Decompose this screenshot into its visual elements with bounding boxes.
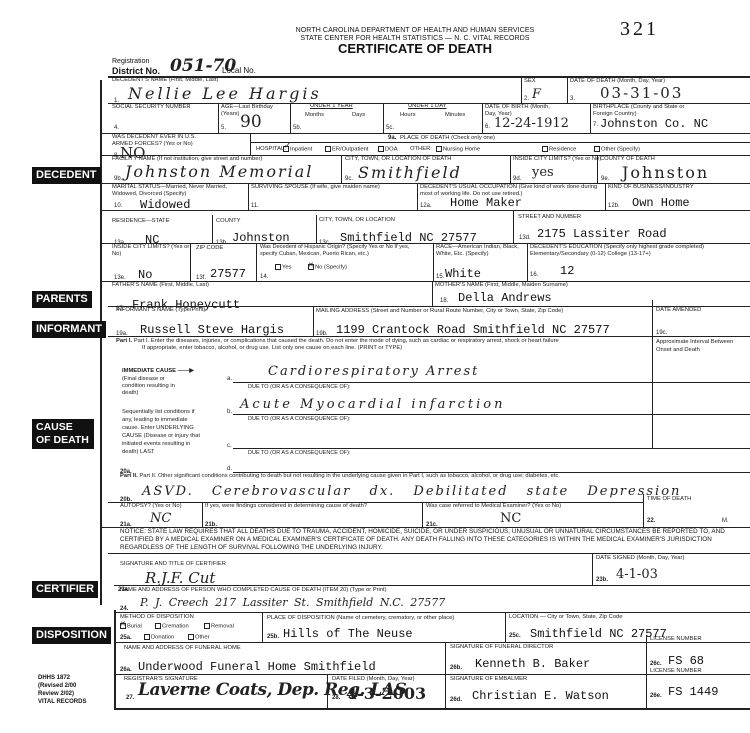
section-disposition: DISPOSITION [32,627,111,644]
completer-label: NAME AND ADDRESS OF PERSON WHO COMPLETED… [120,587,387,594]
father-name-label: FATHER'S NAME (First, Middle, Last) [112,282,209,289]
due-to-b: DUE TO (OR AS A CONSEQUENCE OF): [248,416,350,423]
birthplace-label: BIRTHPLACE (County and State or Foreign … [593,104,693,118]
registration-label: Registration [112,58,149,65]
funeral-home-label: NAME AND ADDRESS OF FUNERAL HOME [124,645,241,652]
place-er-outpatient[interactable]: ER/Outpatient [325,146,368,154]
part1-instructions-2: If appropriate, enter tobacco, alcohol, … [142,345,402,352]
hispanic-yes[interactable]: Yes [275,264,291,272]
hospital-label: HOSPITAL: [256,146,286,153]
director-license[interactable]: FS 68 [668,654,704,668]
form-info: DHHS 1872 (Revised 2/00 Review 2/02) VIT… [38,674,86,706]
zip-code-label: ZIP CODE [196,245,223,252]
facility-name[interactable]: Johnston Memorial [125,162,313,181]
surviving-spouse-label: SURVIVING SPOUSE (If wife, give maiden n… [251,184,380,191]
location-label: LOCATION — City or Town, State, Zip Code [509,614,623,621]
local-no-label: Local No. [222,66,256,75]
city-of-death-label: CITY, TOWN, OR LOCATION OF DEATH [345,156,451,163]
date-of-birth[interactable]: 12-24-1912 [494,116,569,131]
form-department: VITAL RECORDS [38,698,86,706]
embalmer[interactable]: Christian E. Watson [472,689,609,703]
due-to-c: DUE TO (OR AS A CONSEQUENCE OF): [248,450,350,457]
embalmer-license-label: LICENSE NUMBER [650,668,702,675]
method-donation[interactable]: Donation [144,634,174,642]
interval-label: Approximate Interval Between Onset and D… [656,338,746,354]
mother-name[interactable]: Della Andrews [458,291,552,305]
cause-line-a[interactable]: Cardiorespiratory Arrest [268,364,479,379]
decedent-name[interactable]: Nellie Lee Hargis [128,84,322,103]
time-of-death-label: TIME OF DEATH [647,496,691,503]
method-label: METHOD OF DISPOSITION [120,614,194,621]
inside-city-limits-label: INSIDE CITY LIMITS? (Yes or No) [513,156,601,163]
informant-name-label: INFORMANT'S NAME (Type/Print) [116,307,205,314]
embalmer-license[interactable]: FS 1449 [668,685,718,699]
zip-code[interactable]: 27577 [210,267,246,281]
race[interactable]: White [445,267,481,281]
place-doa[interactable]: DOA [378,146,398,154]
method-cremation[interactable]: Cremation [155,623,189,631]
method-removal[interactable]: Removal [204,623,234,631]
county-of-death[interactable]: Johnston [622,163,709,182]
autopsy-label: AUTOPSY? (Yes or No) [120,503,182,510]
section-cause-of-death: CAUSE OF DEATH [32,419,94,449]
director-license-label: LICENSE NUMBER [650,636,702,643]
funeral-director[interactable]: Kenneth B. Baker [475,657,590,671]
time-of-death-suffix: M. [722,518,729,524]
date-filed[interactable]: 4-3-2003 [346,684,426,703]
mother-name-label: MOTHER'S NAME (First, Middle, Maiden Sur… [435,282,568,289]
hispanic-origin-label: Was Decedent of Hispanic Origin? (Specif… [260,244,420,258]
birthplace[interactable]: Johnston Co. NC [600,117,708,131]
funeral-home[interactable]: Underwood Funeral Home Smithfield [138,660,376,674]
other-label: OTHER: [410,146,432,153]
part2-conditions[interactable]: ASVD. Cerebrovascular dx. Debilitated st… [142,484,681,499]
ssn-label: SOCIAL SECURITY NUMBER [112,104,191,111]
part1-instructions: Part I. Part I. Enter the diseases, inju… [116,338,559,345]
street-address[interactable]: 2175 Lassiter Road [537,227,667,241]
date-of-death[interactable]: 03-31-03 [600,84,683,102]
sex-value[interactable]: F [532,87,541,102]
place-of-death-label: PLACE OF DEATH (Check only one) [400,135,495,142]
age-value[interactable]: 90 [240,112,262,132]
race-label: RACE—American Indian, Black, White, Etc.… [436,244,526,258]
certificate-number: 321 [620,18,659,41]
place-residence[interactable]: Residence [542,146,576,154]
place-other[interactable]: Other (Specify) [594,146,640,154]
findings-label: If yes, were findings considered in dete… [205,503,367,510]
minutes-label: Minutes [445,112,465,119]
sex-label: SEX [524,78,536,85]
occupation[interactable]: Home Maker [450,196,522,210]
form-revised: (Revised 2/00 [38,682,86,690]
street-label: STREET AND NUMBER [518,214,581,221]
inside-city-limits[interactable]: yes [532,165,554,180]
district-label: District No. [112,66,160,76]
method-burial[interactable]: Burial [120,623,142,631]
city-of-death[interactable]: Smithfield [358,163,462,182]
section-certifier: CERTIFIER [32,581,98,598]
residence-city-label: CITY, TOWN, OR LOCATION [319,217,395,224]
res-inside-limits-label: INSIDE CITY LIMITS? (Yes or No) [112,244,192,258]
under-1-year-label: UNDER 1 YEAR [310,103,353,110]
date-signed-label: DATE SIGNED (Month, Day, Year) [596,555,684,562]
medical-examiner-value[interactable]: NC [500,511,521,526]
place-nursing-home[interactable]: Nursing Home [436,146,480,154]
certifier-signature-label: SIGNATURE AND TITLE OF CERTIFIER [120,561,226,568]
residence-inside-limits[interactable]: No [138,268,152,282]
residence-county-label: COUNTY [216,218,240,225]
funeral-director-label: SIGNATURE OF FUNERAL DIRECTOR [450,644,553,651]
business-label: KIND OF BUSINESS/INDUSTRY [608,184,694,191]
due-to-a: DUE TO (OR AS A CONSEQUENCE OF): [248,384,350,391]
date-amended-label: DATE AMENDED [656,307,701,314]
mailing-address-label: MAILING ADDRESS (Street and Number or Ru… [316,308,563,315]
place-of-disposition-label: PLACE OF DISPOSITION (Name of cemetery, … [267,614,497,622]
form-number: DHHS 1872 [38,674,86,682]
immediate-cause-sub: (Final disease or condition resulting in… [122,376,182,397]
immediate-cause-label: IMMEDIATE CAUSE ——▶ [122,368,194,375]
embalmer-label: SIGNATURE OF EMBALMER [450,676,527,683]
date-filed-label: DATE FILED (Month, Day, Year) [332,676,415,683]
medical-examiner-notice: NOTICE: STATE LAW REQUIRES THAT ALL DEAT… [120,528,748,552]
place-of-disposition[interactable]: Hills of The Neuse [283,627,413,641]
section-parents: PARENTS [32,291,92,308]
business-industry[interactable]: Own Home [632,196,690,210]
autopsy-value[interactable]: NC [150,511,171,526]
completer-name-address[interactable]: P. J. Creech 217 Lassiter St. Smithfield… [140,596,445,609]
method-other[interactable]: Other [188,634,210,642]
form-review: Review 2/02) [38,690,86,698]
informant-name[interactable]: Russell Steve Hargis [140,323,284,337]
education-label: DECEDENT'S EDUCATION (Specify only highe… [530,244,735,258]
date-signed[interactable]: 4-1-03 [616,567,658,582]
part2-instructions: Part II. Part II. Other significant cond… [120,473,560,480]
residence-state-label: RESIDENCE—STATE [112,218,169,225]
under-1-day-label: UNDER 1 DAY [408,103,447,110]
sequential-instructions: Sequentially list conditions if any, lea… [122,408,202,456]
section-decedent: DECEDENT [32,167,101,184]
page-title: CERTIFICATE OF DEATH [270,41,560,56]
marital-status-label: MARITAL STATUS—Married, Never Married, W… [112,184,247,198]
days-label: Days [352,112,365,119]
county-of-death-label: COUNTY OF DEATH [600,156,655,163]
medical-examiner-label: Was case referred to Medical Examiner? (… [426,503,561,510]
place-inpatient[interactable]: Inpatient [283,146,312,154]
informant-address[interactable]: 1199 Crantock Road Smithfield NC 27577 [336,323,610,337]
decedent-name-label: DECEDENT'S NAME (First, Middle, Last) [112,77,218,84]
education[interactable]: 12 [560,264,574,278]
hours-label: Hours [400,112,415,119]
months-label: Months [305,112,324,119]
hispanic-no[interactable]: No (Specify) [308,264,347,272]
section-informant: INFORMANT [32,321,106,338]
cause-line-b[interactable]: Acute Myocardial infarction [240,397,506,412]
